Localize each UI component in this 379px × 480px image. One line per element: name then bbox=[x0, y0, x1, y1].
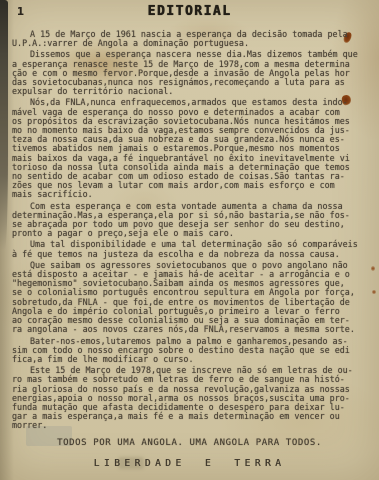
paragraph: Este 15 de Março de 1978,que se inscreve… bbox=[12, 366, 376, 430]
paragraph: Que saibam os agressores sovietocubanos … bbox=[12, 261, 376, 335]
binding-edge bbox=[0, 0, 8, 250]
paragraph: Uma tal disponibilidade e uma tal determ… bbox=[12, 240, 376, 258]
editorial-body: A 15 de Março de 1961 nascia a esperança… bbox=[12, 30, 376, 433]
motto-liberdade-e-terra: LIBERDADE E TERRA bbox=[0, 458, 379, 469]
paragraph: Nós,da FNLA,nunca enfraquecemos,armados … bbox=[12, 98, 376, 199]
scanned-editorial-page: 1 EDITORIAL A 15 de Março de 1961 nascia… bbox=[0, 0, 379, 480]
paragraph: Dissemos que a esperança nascera nesse d… bbox=[12, 50, 376, 96]
page-title: EDITORIAL bbox=[0, 4, 379, 19]
paragraph: Bater-nos-emos,lutaremos palmo a palmo e… bbox=[12, 337, 376, 365]
closing-slogan: TODOS POR UMA ANGOLA. UMA ANGOLA PARA TO… bbox=[0, 438, 379, 448]
paragraph: A 15 de Março de 1961 nascia a esperança… bbox=[12, 30, 376, 48]
paragraph: Com esta esperança e com esta vontade au… bbox=[12, 202, 376, 239]
